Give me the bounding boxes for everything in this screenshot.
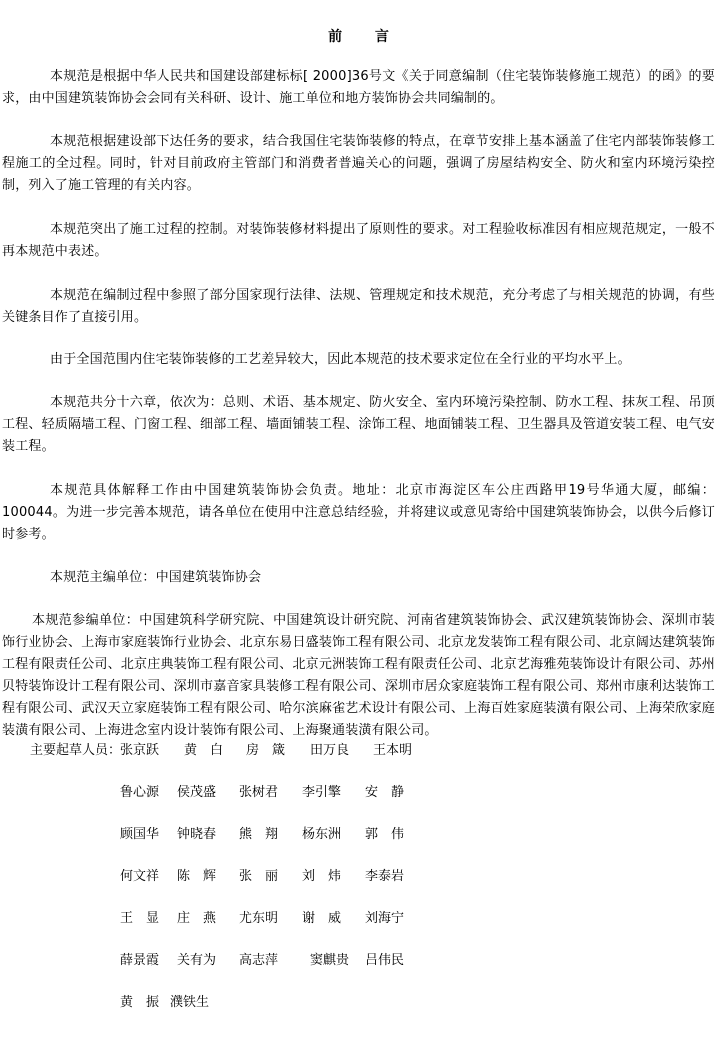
- drafter-name: 王本明: [373, 740, 412, 762]
- drafter-name: 谢 威: [302, 908, 341, 930]
- drafter-name: 顾国华: [120, 824, 159, 846]
- drafter-name: 安 静: [365, 782, 404, 804]
- drafter-name: 侯茂盛: [177, 782, 216, 804]
- drafter-name: 李引擎: [302, 782, 341, 804]
- drafter-name: 田万良: [310, 740, 349, 762]
- drafter-name: 鲁心源: [120, 782, 159, 804]
- drafter-name: 黄 振: [120, 992, 159, 1014]
- paragraph-chapters: 本规范共分十六章，依次为：总则、术语、基本规定、防火安全、室内环境污染控制、防水…: [2, 392, 715, 458]
- drafter-name: 刘 炜: [302, 866, 341, 888]
- drafter-name: 薛景霞: [120, 950, 159, 972]
- paragraph-contact: 本规范具体解释工作由中国建筑装饰协会负责。地址：北京市海淀区车公庄西路甲19号华…: [2, 480, 715, 546]
- page-title: 前 言: [0, 26, 717, 46]
- drafter-name: 张京跃: [120, 740, 159, 762]
- drafter-name: 吕伟民: [365, 950, 404, 972]
- drafter-name: 庄 燕: [177, 908, 216, 930]
- drafter-name: 濮铁生: [170, 992, 209, 1014]
- drafter-name: 李泰岩: [365, 866, 404, 888]
- drafters-label: 主要起草人员：: [30, 740, 121, 762]
- drafter-name: 房 箴: [246, 740, 285, 762]
- paragraph-scope: 本规范根据建设部下达任务的要求，结合我国住宅装饰装修的特点，在章节安排上基本涵盖…: [2, 131, 715, 197]
- drafter-name: 高志萍: [239, 950, 278, 972]
- drafter-name: 张树君: [239, 782, 278, 804]
- drafter-name: 王 显: [120, 908, 159, 930]
- drafter-name: 杨东洲: [302, 824, 341, 846]
- drafter-name: 刘海宁: [365, 908, 404, 930]
- drafter-name: 张 丽: [239, 866, 278, 888]
- paragraph-chief-editor: 本规范主编单位：中国建筑装饰协会: [2, 567, 715, 589]
- drafter-name: 关有为: [177, 950, 216, 972]
- paragraph-references: 本规范在编制过程中参照了部分国家现行法律、法规、管理规定和技术规范，充分考虑了与…: [2, 285, 715, 329]
- drafter-name: 郭 伟: [365, 824, 404, 846]
- drafter-name: 尤东明: [239, 908, 278, 930]
- drafter-name: 陈 辉: [177, 866, 216, 888]
- paragraph-level: 由于全国范围内住宅装饰装修的工艺差异较大，因此本规范的技术要求定位在全行业的平均…: [2, 349, 715, 371]
- paragraph-participating-units: 本规范参编单位：中国建筑科学研究院、中国建筑设计研究院、河南省建筑装饰协会、武汉…: [2, 610, 715, 742]
- drafter-name: 何文祥: [120, 866, 159, 888]
- drafter-name: 窦麒贵: [310, 950, 349, 972]
- drafter-name: 钟晓春: [177, 824, 216, 846]
- paragraph-basis: 本规范是根据中华人民共和国建设部建标标[ 2000]36号文《关于同意编制（住宅…: [2, 66, 715, 110]
- drafter-name: 黄 白: [184, 740, 223, 762]
- drafter-name: 熊 翔: [239, 824, 278, 846]
- paragraph-control: 本规范突出了施工过程的控制。对装饰装修材料提出了原则性的要求。对工程验收标准因有…: [2, 219, 715, 263]
